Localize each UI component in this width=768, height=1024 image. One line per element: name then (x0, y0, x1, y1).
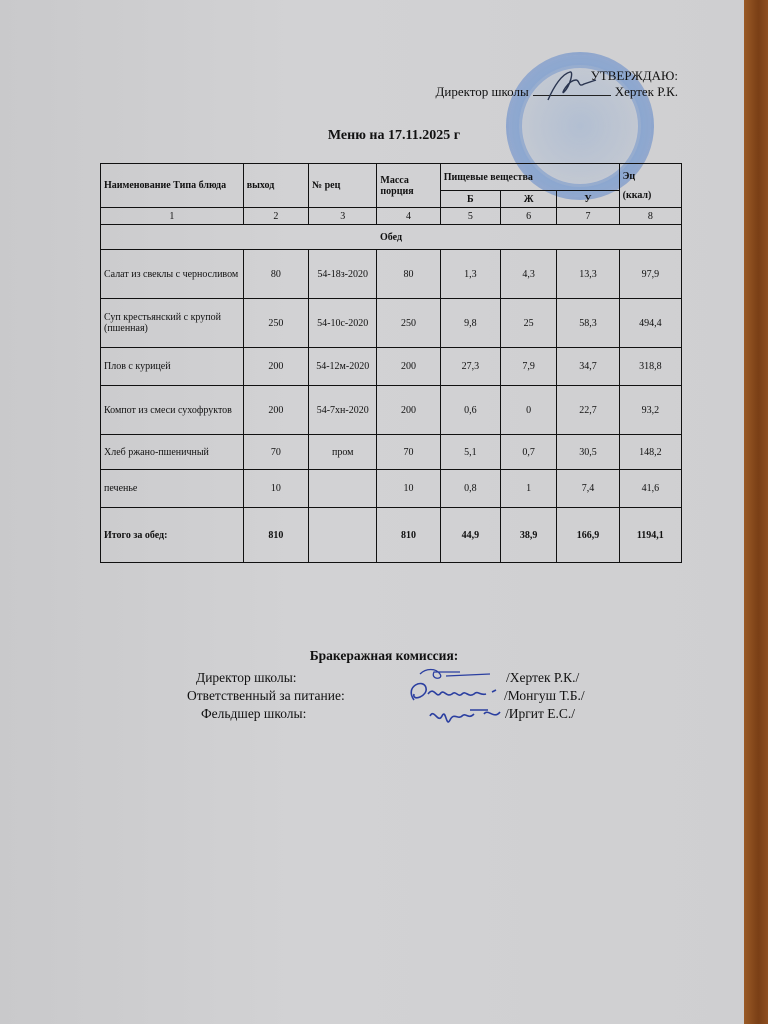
total-recipe (309, 508, 377, 563)
cell-mass: 80 (377, 250, 440, 299)
cell-protein: 1,3 (440, 250, 500, 299)
commission-role: Директор школы: (196, 670, 297, 687)
cell-protein: 27,3 (440, 348, 500, 386)
commission-role: Ответственный за питание: (187, 688, 345, 705)
cell-kcal: 148,2 (619, 435, 681, 470)
cell-carbs: 30,5 (557, 435, 619, 470)
header-fat: Ж (501, 191, 557, 208)
cell-output: 70 (243, 435, 308, 470)
cell-recipe: 54-18з-2020 (309, 250, 377, 299)
dish-name: Плов с курицей (101, 348, 244, 386)
col-num: 6 (501, 208, 557, 225)
cell-output: 200 (243, 386, 308, 435)
approver-position: Директор школы (436, 84, 529, 99)
cell-kcal: 41,6 (619, 470, 681, 508)
table-row: Суп крестьянский с крупой (пшенная)25054… (101, 299, 682, 348)
dish-name: Суп крестьянский с крупой (пшенная) (101, 299, 244, 348)
col-num: 7 (557, 208, 619, 225)
col-num: 2 (243, 208, 308, 225)
menu-table: Наименование Типа блюда выход № рец Масс… (100, 163, 682, 563)
header-protein: Б (440, 191, 500, 208)
cell-fat: 7,9 (501, 348, 557, 386)
header-name: Наименование Типа блюда (101, 164, 244, 208)
total-protein: 44,9 (440, 508, 500, 563)
cell-mass: 250 (377, 299, 440, 348)
table-row: Компот из смеси сухофруктов20054-7хн-202… (101, 386, 682, 435)
cell-carbs: 13,3 (557, 250, 619, 299)
cell-fat: 4,3 (501, 250, 557, 299)
total-kcal: 1194,1 (619, 508, 681, 563)
cell-recipe (309, 470, 377, 508)
cell-output: 10 (243, 470, 308, 508)
col-num: 3 (309, 208, 377, 225)
column-number-row: 1 2 3 4 5 6 7 8 (101, 208, 682, 225)
header-row: Наименование Типа блюда выход № рец Масс… (101, 164, 682, 191)
cell-fat: 25 (501, 299, 557, 348)
director-signature-top (540, 66, 600, 106)
cell-carbs: 34,7 (557, 348, 619, 386)
col-num: 4 (377, 208, 440, 225)
header-nutrients: Пищевые вещества (440, 164, 619, 191)
director-signature (400, 664, 510, 734)
dish-name: Хлеб ржано-пшеничный (101, 435, 244, 470)
header-energy: Эц(ккал) (619, 164, 681, 208)
table-surface (744, 0, 768, 1024)
commission-name: /Монгуш Т.Б./ (504, 688, 585, 705)
commission-role: Фельдшер школы: (201, 706, 306, 723)
table-row: Хлеб ржано-пшеничный70пром705,10,730,514… (101, 435, 682, 470)
col-num: 5 (440, 208, 500, 225)
dish-name: печенье (101, 470, 244, 508)
table-row: Салат из свеклы с черносливом8054-18з-20… (101, 250, 682, 299)
table-row: печенье10100,817,441,6 (101, 470, 682, 508)
cell-mass: 10 (377, 470, 440, 508)
cell-protein: 0,8 (440, 470, 500, 508)
col-num: 8 (619, 208, 681, 225)
cell-recipe: 54-10с-2020 (309, 299, 377, 348)
commission-block: Бракеражная комиссия: (0, 648, 768, 666)
header-output: выход (243, 164, 308, 208)
cell-mass: 70 (377, 435, 440, 470)
cell-recipe: пром (309, 435, 377, 470)
total-mass: 810 (377, 508, 440, 563)
cell-fat: 0 (501, 386, 557, 435)
dish-name: Компот из смеси сухофруктов (101, 386, 244, 435)
total-output: 810 (243, 508, 308, 563)
total-row: Итого за обед: 810 810 44,9 38,9 166,9 1… (101, 508, 682, 563)
cell-output: 200 (243, 348, 308, 386)
commission-title: Бракеражная комиссия: (0, 648, 768, 664)
cell-output: 250 (243, 299, 308, 348)
energy-unit: (ккал) (623, 190, 678, 201)
cell-mass: 200 (377, 348, 440, 386)
cell-kcal: 494,4 (619, 299, 681, 348)
table-row: Плов с курицей20054-12м-202020027,37,934… (101, 348, 682, 386)
cell-fat: 0,7 (501, 435, 557, 470)
approver-name: Хертек Р.К. (615, 84, 678, 99)
commission-name: /Иргит Е.С./ (505, 706, 575, 723)
cell-carbs: 22,7 (557, 386, 619, 435)
total-fat: 38,9 (501, 508, 557, 563)
header-recipe: № рец (309, 164, 377, 208)
header-mass: Масса порция (377, 164, 440, 208)
cell-kcal: 318,8 (619, 348, 681, 386)
cell-carbs: 7,4 (557, 470, 619, 508)
section-row: Обед (101, 225, 682, 250)
section-lunch: Обед (101, 225, 682, 250)
energy-label: Эц (623, 171, 678, 182)
cell-kcal: 97,9 (619, 250, 681, 299)
cell-mass: 200 (377, 386, 440, 435)
cell-recipe: 54-7хн-2020 (309, 386, 377, 435)
cell-recipe: 54-12м-2020 (309, 348, 377, 386)
cell-protein: 9,8 (440, 299, 500, 348)
header-carbs: У (557, 191, 619, 208)
cell-protein: 5,1 (440, 435, 500, 470)
total-carbs: 166,9 (557, 508, 619, 563)
cell-output: 80 (243, 250, 308, 299)
cell-fat: 1 (501, 470, 557, 508)
menu-title: Меню на 17.11.2025 г (0, 128, 748, 144)
commission-name: /Хертек Р.К./ (506, 670, 579, 687)
cell-carbs: 58,3 (557, 299, 619, 348)
cell-protein: 0,6 (440, 386, 500, 435)
col-num: 1 (101, 208, 244, 225)
dish-name: Салат из свеклы с черносливом (101, 250, 244, 299)
cell-kcal: 93,2 (619, 386, 681, 435)
total-label: Итого за обед: (101, 508, 244, 563)
